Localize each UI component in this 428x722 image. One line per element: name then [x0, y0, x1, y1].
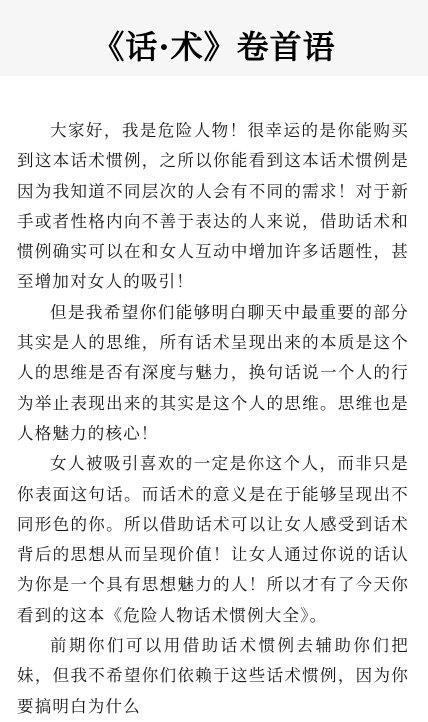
paragraph-2: 但是我希望你们能够明白聊天中最重要的部分其实是人的思维，所有话术呈现出来的本质是… [17, 298, 409, 449]
paragraph-1: 大家好，我是危险人物！很幸运的是你能购买到这本话术惯例，之所以你能看到这本话术惯… [17, 116, 409, 298]
body-text: 大家好，我是危险人物！很幸运的是你能购买到这本话术惯例，之所以你能看到这本话术惯… [17, 116, 409, 596]
title-band: 《话·术》卷首语 [0, 0, 428, 76]
page-title: 《话·术》卷首语 [0, 22, 428, 68]
paragraph-3: 女人被吸引喜欢的一定是你这个人，而非只是你表面这句话。而话术的意义是在于能够呈现… [17, 449, 409, 596]
